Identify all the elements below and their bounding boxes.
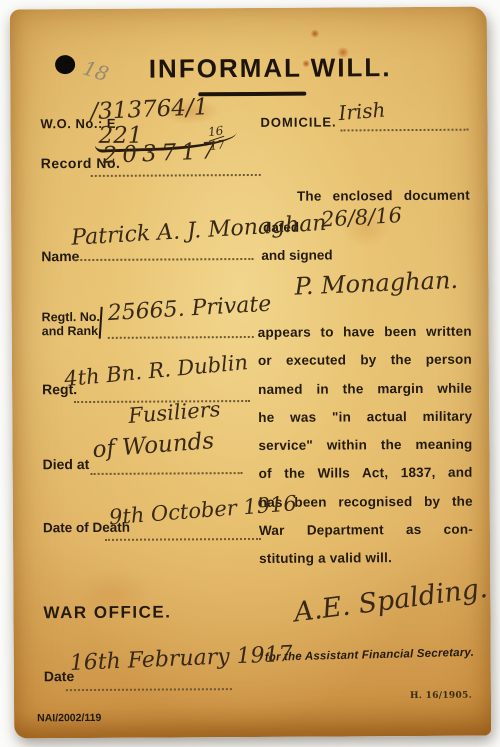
statement-body-line: stituting a valid will. bbox=[259, 550, 473, 580]
regtl-no-rank-label: Regtl. No. and Rank bbox=[42, 310, 101, 338]
official-signature: A.E. Spalding. bbox=[292, 573, 489, 629]
statement-body-line: he was "in actual military bbox=[258, 409, 472, 439]
regt-handwritten-line1: 4th Bn. R. Dublin bbox=[63, 350, 249, 391]
regtl-bracket bbox=[99, 307, 107, 339]
title-underline bbox=[198, 92, 306, 97]
printer-form-code: H. 16/1905. bbox=[410, 691, 472, 701]
regtl-dotted-line bbox=[108, 336, 254, 339]
pencil-note: 18 bbox=[80, 56, 112, 87]
domicile-label: DOMICILE. bbox=[260, 114, 336, 129]
statement-body-line: of the Wills Act, 1837, and bbox=[259, 465, 473, 495]
domicile-dotted-line bbox=[341, 129, 469, 132]
war-office-heading: WAR OFFICE. bbox=[43, 602, 171, 623]
record-no-handwritten-value: 203717 bbox=[102, 138, 221, 169]
rust-stain bbox=[310, 30, 320, 38]
regtl-handwritten-value: 25665. Private bbox=[107, 292, 272, 327]
fraction-denominator: 17 bbox=[209, 139, 226, 152]
date-handwritten-value: 16th February 1917 bbox=[69, 642, 293, 676]
document-title: INFORMAL WILL. bbox=[130, 52, 410, 85]
domicile-handwritten-value: Irish bbox=[338, 98, 387, 125]
record-no-fraction: 16 17 bbox=[207, 125, 226, 152]
regtl-no-label-line2: and Rank bbox=[42, 324, 100, 338]
signature-capacity-line: for the Assistant Financial Secretary. bbox=[265, 647, 475, 664]
statement-body-line: or executed by the person bbox=[258, 352, 472, 382]
testator-signature: P. Monaghan. bbox=[294, 266, 459, 301]
dated-handwritten-value: 26/8/16 bbox=[320, 203, 402, 232]
died-at-dotted-line bbox=[91, 472, 243, 475]
died-at-label: Died at bbox=[43, 456, 90, 472]
statement-body-line: appears to have been written bbox=[258, 324, 472, 354]
name-handwritten-value: Patrick A. J. Monaghan bbox=[71, 211, 328, 251]
date-of-death-dotted-line bbox=[105, 538, 261, 541]
statement-body-line: War Department as con- bbox=[259, 522, 473, 552]
statement-intro: The enclosed document bbox=[257, 188, 470, 204]
died-at-handwritten-value: of Wounds bbox=[92, 428, 215, 463]
will-form-paper: 18 INFORMAL WILL. W.O. No.: E /313764/1 … bbox=[10, 7, 491, 739]
statement-body-line: named in the margin while bbox=[258, 380, 472, 410]
regtl-no-label-line1: Regtl. No. bbox=[42, 310, 100, 324]
hole-punch bbox=[55, 55, 75, 74]
record-no-dotted-line bbox=[91, 174, 261, 177]
statement-body-line: service" within the meaning bbox=[258, 437, 472, 467]
wo-no-handwritten-value: /313764/1 bbox=[90, 94, 209, 125]
and-signed-label: and signed bbox=[261, 247, 332, 262]
name-dotted-line bbox=[73, 258, 253, 261]
statement-body: appears to have been written or executed… bbox=[258, 324, 474, 580]
archive-reference: NAI/2002/119 bbox=[37, 712, 101, 724]
date-dotted-line bbox=[66, 688, 232, 691]
